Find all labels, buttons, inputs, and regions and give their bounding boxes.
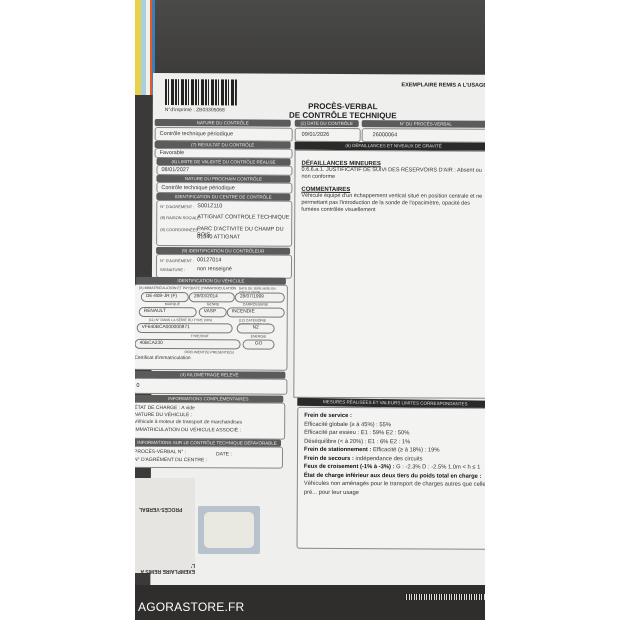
stub-pv-label: PROCÈS-VERBAL (139, 506, 182, 512)
kilometrage-box: 0 (135, 378, 287, 395)
numero-pv-value: 26000064 (373, 132, 398, 138)
nature-controle-box: Contrôle technique périodique (155, 127, 293, 142)
feux-croisement-label: Feux de croisement (-1% à -3%) : (304, 464, 395, 470)
vehicule-energie-field: GO (243, 339, 275, 349)
numero-imprime: N°d'imprimé : ZB03305068 (165, 107, 225, 113)
defavorable-pv-label: PROCÈS-VERBAL N° : (135, 449, 186, 455)
frein-service-label: Frein de service : (304, 413, 352, 419)
vehicule-carrosserie-label: Carrosserie (243, 302, 269, 306)
vehicule-energie-label: Énergie (251, 335, 267, 339)
feux-croisement-value: G : -2.3% D : -2.5% 1.0m < h ≤ 1 (396, 464, 480, 470)
controleur-signature-label: Signature : (160, 267, 185, 272)
document-photo: N°d'imprimé : ZB03305068 EXEMPLAIRE REMI… (135, 0, 485, 620)
defaillances-mineures-text: 0.6.6.a.1. JUSTIFICATIF DE SUIVI DES RÉS… (301, 167, 485, 182)
vehicule-documents-value: Certificat d'immatriculation (135, 356, 191, 361)
centre-raison-label: (8) Raison sociale (160, 215, 200, 220)
infos-comp-box: ÉTAT DE CHARGE : A vide NATURE DU VÉHICU… (135, 402, 285, 440)
centre-agrement-value: S001Z110 (197, 203, 222, 209)
barcode-bottom (405, 594, 485, 600)
defavorable-box: PROCÈS-VERBAL N° : DATE : N° D'AGRÉMENT … (135, 446, 283, 469)
vehicule-marque-field: RENAULT (139, 307, 197, 317)
vehicule-type-field: 40BCA230 (135, 339, 241, 350)
controleur-agrement-label: N° d'agrément : (160, 258, 194, 263)
limite-validite-value: 08/01/2027 (161, 167, 189, 173)
vehicule-carrosserie-field: INCENDIE (227, 307, 285, 317)
background-surface (155, 0, 485, 75)
title-line-2: DE CONTRÔLE TECHNIQUE (273, 111, 413, 121)
centre-agrement-label: N° d'agrément : (160, 204, 194, 209)
efficacite-essieu: Efficacité par essieu : E1 : 59% E2 : 50… (304, 429, 485, 438)
etat-charge-label: État de charge inférieur aux deux tiers … (304, 472, 482, 479)
exemplaire-label: EXEMPLAIRE REMIS A L'USAGER (401, 82, 485, 88)
nature-prochain-box: Contrôle technique périodique (156, 182, 292, 194)
vehicule-type-label: Type/CNIT (191, 334, 209, 338)
nature-controle-value: Contrôle technique périodique (160, 131, 233, 137)
vehicule-categorie-field: N2 (237, 323, 275, 333)
kilometrage-value: 0 (136, 383, 139, 389)
nature-prochain-value: Contrôle technique périodique (161, 185, 234, 191)
numero-imprime-label: N°d'imprimé : (165, 107, 195, 113)
etat-charge-text: Véhicules non aménagés pour le transport… (304, 480, 485, 498)
vehicule-documents-label: Document(s) présenté(s) (185, 350, 234, 354)
frein-secours-value: indépendance des circuits (356, 456, 423, 462)
limite-validite-box: 08/01/2027 (156, 165, 292, 176)
date-controle-value: 09/01/2026 (302, 132, 330, 138)
hologram-sticker (198, 506, 260, 554)
watermark: AGORASTORE.FR (138, 600, 244, 614)
vehicule-vin-field: VF640BCA000000871 (137, 323, 233, 334)
infos-charge-value: A vide (181, 405, 195, 411)
vehicule-immat-field: DE-808-JR (F) (141, 292, 189, 302)
vehicule-box: (A) Immatriculation et pays Date d'immat… (135, 284, 288, 371)
page-title: PROCÈS-VERBAL DE CONTRÔLE TECHNIQUE (273, 102, 413, 121)
controleur-signature-value: non renseigné (197, 266, 232, 272)
numero-pv-header: N° du procès-verbal (362, 120, 485, 128)
vehicule-pays-value: (F) (171, 294, 177, 299)
resultat-value: Favorable (160, 150, 184, 156)
barcode (165, 79, 237, 105)
mesures-box: Frein de service : Efficacité globale (≥… (297, 407, 485, 550)
vehicule-vin-label: (11) N° dans la série du type (VIN) (149, 318, 212, 322)
numero-pv-box: 26000064 (362, 128, 485, 143)
vehicule-date-immat-field: 28/03/2014 (189, 292, 235, 302)
infos-charge-label: ÉTAT DE CHARGE : (135, 405, 180, 411)
stub-exemplaire-label: EXEMPLAIRE REMIS A L' (139, 562, 195, 574)
centre-coord-label: (9) Coordonnées : (160, 227, 200, 232)
vehicule-date-immat-label: Date d'immatriculation (191, 286, 236, 290)
defavorable-agrement-label: N° D'AGRÉMENT DU CENTRE : (135, 457, 207, 463)
infos-nature-label: NATURE DU VÉHICULE : (135, 412, 192, 418)
vehicule-immat-value: DE-808-JR (146, 294, 170, 299)
vehicule-immat-label: (A) Immatriculation et pays (139, 286, 192, 290)
centre-raison-value: ATTIGNAT CONTROLE TECHNIQUE (197, 214, 289, 220)
vehicule-marque-label: Marque (165, 302, 180, 306)
vehicule-genre-label: Genre (207, 302, 219, 306)
controleur-agrement-value: 00127014 (197, 257, 222, 263)
centre-coord-line2: 01340 ATTIGNAT (197, 234, 240, 240)
controleur-box: N° d'agrément : 00127014 Signature : non… (156, 254, 292, 279)
resultat-box: Favorable (155, 148, 293, 159)
centre-box: N° d'agrément : S001Z110 (8) Raison soci… (156, 200, 292, 247)
defavorable-date-label: DATE : (216, 451, 232, 457)
frein-stationnement-label: Frein de stationnement : (304, 447, 371, 453)
nature-controle-header: Nature du contrôle (155, 119, 291, 127)
date-controle-box: 09/01/2026 (295, 128, 361, 142)
stub-fold: PROCÈS-VERBAL EXEMPLAIRE REMIS A L' (135, 478, 195, 573)
commentaires-text: Véhicule équipé d'un échappement vertica… (301, 193, 485, 215)
frein-secours-label: Frein de secours : (304, 455, 354, 461)
infos-immat-associe-label: IMMATRICULATION DU VÉHICULE ASSOCIÉ : (135, 427, 241, 434)
defaillances-box: DÉFAILLANCES MINEURES 0.6.6.a.1. JUSTIFI… (293, 150, 485, 399)
frein-stationnement-value: Efficacité (≥ à 18%) : 19% (373, 447, 440, 453)
date-controle-header: (2) Date du contrôle (295, 120, 359, 127)
vehicule-genre-field: VASP (199, 307, 227, 317)
numero-imprime-value: ZB03305068 (196, 107, 225, 113)
vehicule-premiere-field: 28/07/1999 (235, 292, 285, 302)
infos-nature-value: Véhicule à moteur de transport de marcha… (135, 419, 242, 426)
